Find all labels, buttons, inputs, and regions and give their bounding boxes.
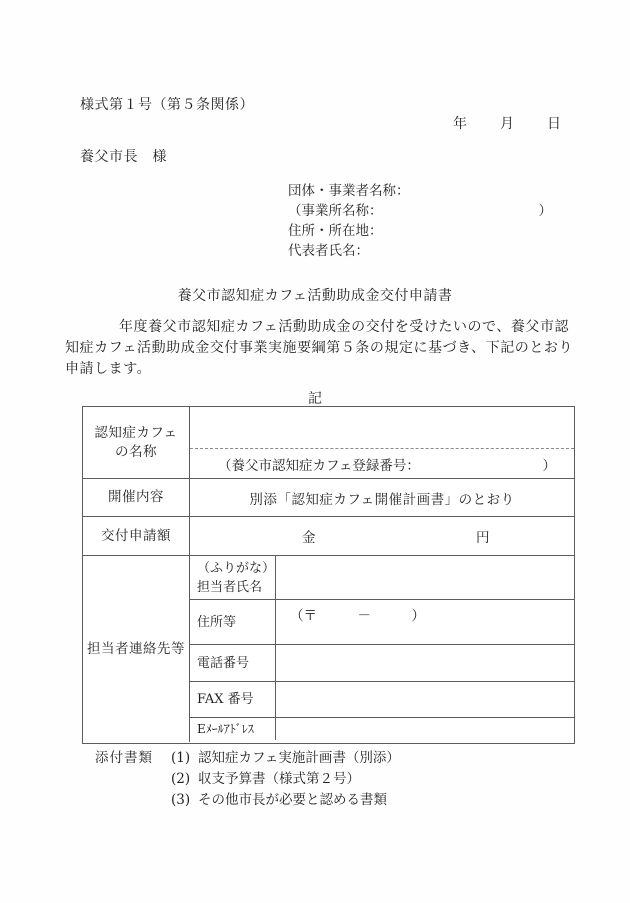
contact-phone-field: [276, 645, 574, 681]
office-name-line: （事業所名称： ）: [288, 201, 552, 221]
contact-row-fax: FAX 番号: [190, 682, 574, 718]
attachment-item: (3) その他市長が必要と認める書類: [171, 790, 400, 811]
cafe-name-header: 認知症カフェ の名称: [83, 407, 190, 478]
contact-fax-field: [276, 682, 574, 717]
fax-field-label: FAX 番号: [197, 690, 275, 709]
attachments-list: (1) 認知症カフェ実施計画書（別添） (2) 収支予算書（様式第２号） (3)…: [171, 748, 400, 811]
contact-name-label: （ふりがな） 担当者氏名: [190, 556, 276, 599]
contact-row-address: 住所等 （〒 － ）: [190, 600, 574, 645]
body-paragraph: 年度養父市認知症カフェ活動助成金の交付を受けたいので、養父市認 知症カフェ活動助…: [65, 317, 575, 380]
contact-subtable: （ふりがな） 担当者氏名 住所等 （〒 － ） 電話番号: [190, 556, 574, 742]
attachment-2-text: 収支予算書（様式第２号）: [198, 769, 360, 790]
contact-fax-label: FAX 番号: [190, 682, 276, 717]
registration-number-close-paren: ）: [543, 454, 557, 474]
attachment-1-text: 認知症カフェ実施計画書（別添）: [198, 748, 400, 769]
date-day-label: 日: [547, 113, 561, 133]
contact-email-field: [276, 718, 574, 740]
table-row-contact: 担当者連絡先等 （ふりがな） 担当者氏名 住所等 （〒 － ）: [83, 556, 574, 742]
attachment-3-number: (3): [171, 790, 198, 811]
registration-number-line: （養父市認知症カフェ登録番号： ）: [190, 449, 574, 478]
attachment-2-number: (2): [171, 769, 198, 790]
body-line-2: 知症カフェ活動助成金交付事業実施要綱第５条の規定に基づき、下記のとおり: [65, 338, 575, 359]
office-name-close-paren: ）: [539, 201, 553, 221]
email-field-label: Eﾒｰﾙｱﾄﾞﾚｽ: [197, 720, 275, 739]
date-month-label: 月: [500, 113, 514, 133]
address-field-label: 住所等: [197, 613, 275, 632]
amount-value-cell: 金 円: [190, 517, 574, 555]
office-name-label: （事業所名称：: [288, 201, 383, 221]
document-page: 様式第１号（第５条関係） 年 月 日 養父市長 様 団体・事業者名称： （事業所…: [0, 0, 630, 903]
attachment-3-text: その他市長が必要と認める書類: [198, 790, 387, 811]
person-name-label: 担当者氏名: [197, 578, 275, 597]
org-name-label: 団体・事業者名称：: [288, 181, 552, 201]
address-label: 住所・所在地：: [288, 221, 552, 241]
attachments-block: 添付書類 (1) 認知症カフェ実施計画書（別添） (2) 収支予算書（様式第２号…: [95, 748, 400, 811]
furigana-label: （ふりがな）: [197, 559, 275, 578]
attachment-1-number: (1): [171, 748, 198, 769]
contact-header: 担当者連絡先等: [83, 556, 190, 742]
document-title: 養父市認知症カフェ活動助成金交付申請書: [65, 285, 565, 305]
cafe-name-header-line1: 認知症カフェ: [94, 424, 177, 443]
applicant-block: 団体・事業者名称： （事業所名称： ） 住所・所在地： 代表者氏名：: [288, 181, 552, 261]
table-row-content: 開催内容 別添「認知症カフェ開催計画書」のとおり: [83, 479, 574, 517]
table-row-amount: 交付申請額 金 円: [83, 517, 574, 556]
date-line: 年 月 日: [453, 113, 561, 133]
date-year-label: 年: [453, 113, 467, 133]
contact-row-phone: 電話番号: [190, 645, 574, 682]
representative-label: 代表者氏名：: [288, 241, 552, 261]
attachment-item: (1) 認知症カフェ実施計画書（別添）: [171, 748, 400, 769]
contact-name-field: [276, 556, 574, 599]
body-line-3: 申請します。: [65, 359, 575, 380]
table-row-cafe-name: 認知症カフェ の名称 （養父市認知症カフェ登録番号： ）: [83, 407, 574, 479]
amount-prefix-kin: 金: [302, 526, 316, 546]
cafe-name-value-cells: （養父市認知症カフェ登録番号： ）: [190, 407, 574, 478]
contact-email-label: Eﾒｰﾙｱﾄﾞﾚｽ: [190, 718, 276, 740]
body-line-1: 年度養父市認知症カフェ活動助成金の交付を受けたいので、養父市認: [65, 317, 575, 338]
content-header: 開催内容: [83, 479, 190, 516]
contact-row-name: （ふりがな） 担当者氏名: [190, 556, 574, 600]
contact-phone-label: 電話番号: [190, 645, 276, 681]
attachments-label: 添付書類: [95, 748, 170, 811]
contact-row-email: Eﾒｰﾙｱﾄﾞﾚｽ: [190, 718, 574, 740]
record-heading: 記: [65, 388, 565, 408]
amount-header: 交付申請額: [83, 517, 190, 555]
registration-number-label: （養父市認知症カフェ登録番号：: [218, 454, 420, 474]
contact-address-field: （〒 － ）: [276, 600, 574, 644]
attachment-item: (2) 収支予算書（様式第２号）: [171, 769, 400, 790]
cafe-name-blank-field: [190, 407, 574, 449]
contact-address-label: 住所等: [190, 600, 276, 644]
content-value: 別添「認知症カフェ開催計画書」のとおり: [190, 479, 574, 516]
cafe-name-header-line2: の名称: [115, 443, 157, 462]
addressee-line: 養父市長 様: [80, 146, 167, 166]
phone-field-label: 電話番号: [197, 654, 275, 673]
amount-suffix-yen: 円: [476, 526, 490, 546]
form-number: 様式第１号（第５条関係）: [80, 94, 254, 114]
application-table: 認知症カフェ の名称 （養父市認知症カフェ登録番号： ） 開催内容 別添「認知症…: [82, 406, 575, 744]
